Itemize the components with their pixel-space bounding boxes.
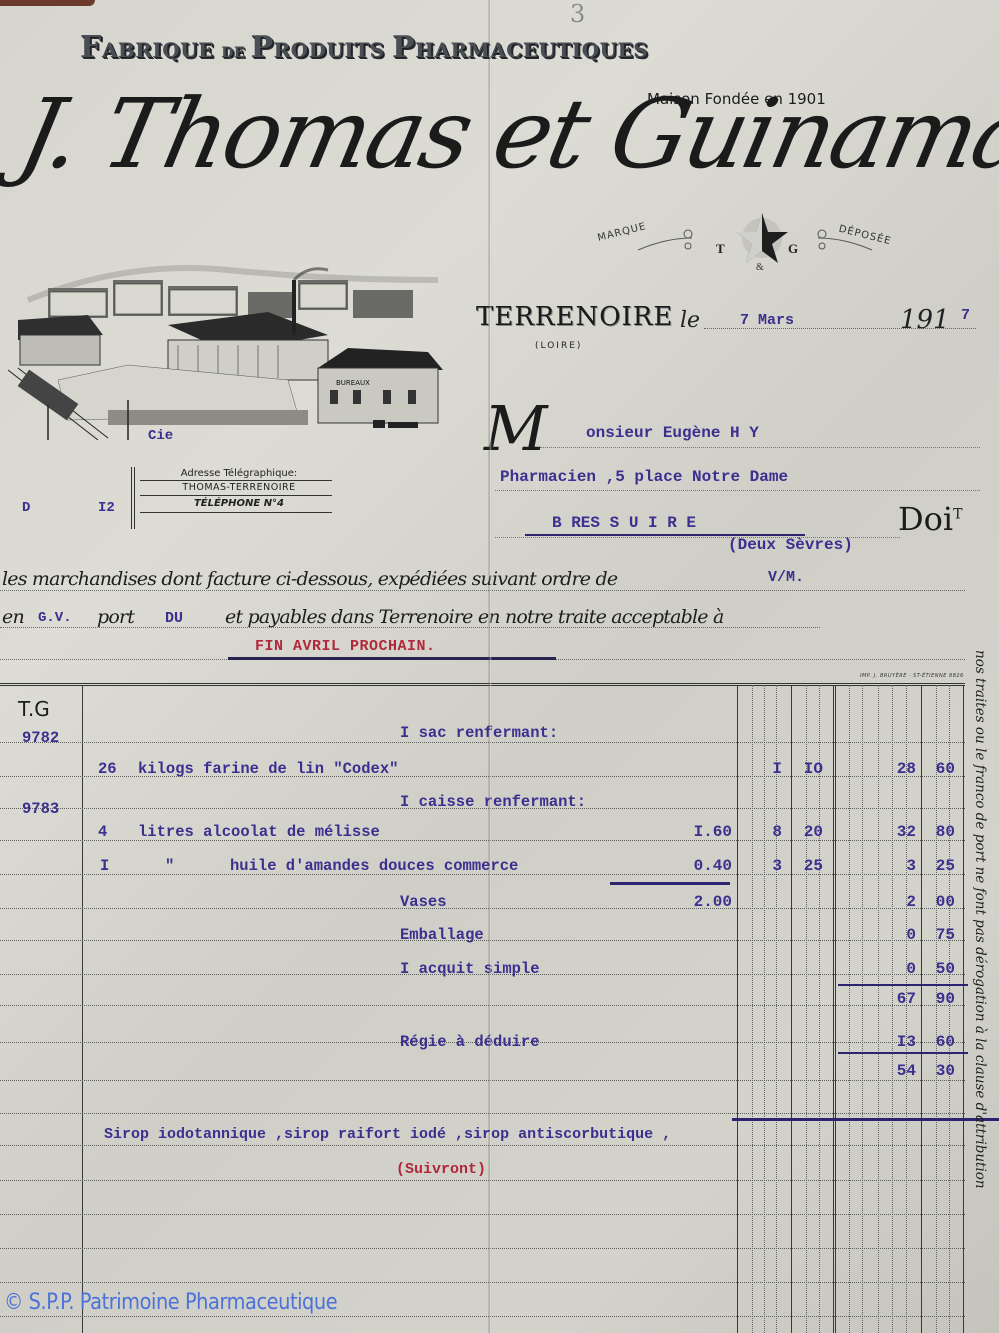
row-total-cents: 75 [923,926,955,944]
row-description: I sac renfermant: [400,724,558,742]
telephone-number: TÉLÉPHONE N°4 [154,498,324,509]
row-price-cents: 20 [793,823,823,841]
pending-status: (Suivront) [396,1161,486,1178]
row-line [0,1248,965,1249]
port-value: DU [165,610,183,627]
row-price-francs: 3 [760,857,782,875]
invoice-paper: 3 FABRIQUE DE PRODUITS PHARMACEUTIQUES M… [0,0,999,1333]
column-divider [833,685,836,1333]
ref-number: I2 [98,500,115,516]
date-prefix: le [680,308,700,333]
title-word: HARMACEUTIQUES [415,38,648,62]
title-initial: P [392,30,415,65]
terms-dotted-line [0,590,965,591]
row-total-francs: 32 [850,823,916,841]
column-guide [892,685,893,1333]
star-icon [734,210,790,266]
gross-total-cents: 90 [923,990,955,1008]
total-underline [838,984,968,986]
year-prefix: 191 [900,305,950,335]
row-quantity: 4 [98,823,107,841]
recipient-name: onsieur Eugène H Y [586,424,759,442]
address-dotted-line [495,490,980,491]
row-description: litres alcoolat de mélisse [138,823,380,841]
row-description: huile d'amandes douces commerce [230,857,518,875]
net-total-francs: 54 [850,1062,916,1080]
corner-stain [0,0,95,6]
recipient-address: Pharmacien ,5 place Notre Dame [500,468,788,486]
column-guide [862,685,863,1333]
divider [140,495,332,496]
row-line [0,1180,965,1181]
row-total-cents: 00 [923,893,955,911]
column-guide [878,685,879,1333]
row-quantity: 26 [98,760,117,778]
column-guide [764,685,765,1333]
column-guide [936,685,937,1333]
row-line [0,1282,965,1283]
title-word: RODUITS [274,38,392,62]
row-total-francs: 0 [850,926,916,944]
recipient-city: B RES S U I R E [552,514,696,532]
factory-sign-text: BUREAUX [336,379,370,387]
net-total-cents: 30 [923,1062,955,1080]
row-description: Régie à déduire [400,1033,540,1051]
row-total-cents: 25 [923,857,955,875]
column-divider [791,685,792,1333]
row-line [0,1005,965,1006]
year-digit: 7 [961,307,970,324]
row-total-francs: 0 [850,960,916,978]
gross-total-francs: 67 [850,990,916,1008]
row-ref: 9783 [22,800,59,818]
telegraph-pole-icon [131,467,135,529]
row-quantity: I [100,857,109,875]
row-total-cents: 50 [923,960,955,978]
row-unit-price: 2.00 [640,893,732,911]
column-divider [921,685,922,1333]
row-price-cents: IO [793,760,823,778]
row-line [0,1145,965,1146]
margin-legal-note: nos traites ou le franco de port ne font… [958,650,988,1190]
column-guide [776,685,777,1333]
terms-line-1: les marchandises dont facture ci-dessous… [2,568,617,590]
row-total-cents: 80 [923,823,955,841]
ditto-mark: " [165,857,174,875]
net-total-underline [838,1052,968,1054]
recipient-department: (Deux Sèvres) [728,536,853,554]
printer-credit: IMP. J. BRUYÈRE · ST-ÉTIENNE 8826 [860,673,964,679]
doit-text: Doi [898,500,953,538]
row-line [0,742,965,743]
order-reference: V/M. [768,569,804,586]
deduction-cents: 60 [923,1033,955,1051]
company-name: J. Thomas et Guinamand [10,78,999,190]
row-line [0,1316,965,1317]
column-divider [82,685,83,1333]
row-line [0,1080,965,1081]
logo-initial-g: G [788,241,798,257]
doit-superscript: T [953,506,962,522]
row-line [0,1113,965,1114]
paper-fold [488,0,492,1333]
pending-items-note: Sirop iodotannique ,sirop raifort iodé ,… [104,1126,671,1143]
deduction-francs: I3 [850,1033,916,1051]
row-unit-price: 0.40 [640,857,732,875]
column-guide [949,685,950,1333]
address-dotted-line [540,447,980,448]
telegraph-address: THOMAS-TERRENOIRE [154,482,324,493]
row-description: kilogs farine de lin "Codex" [138,760,398,778]
cie-stamp: Cie [148,428,173,444]
row-line [0,908,965,909]
column-guide [806,685,807,1333]
column-guide [819,685,820,1333]
column-guide [906,685,907,1333]
ref-column-header: T.G [18,697,50,721]
divider [140,480,332,481]
terms-line-2: et payables dans Terrenoire en notre tra… [225,606,724,628]
title-word: ABRIQUE [102,38,221,62]
title-initial: F [80,30,102,65]
column-guide [849,685,850,1333]
row-description: I acquit simple [400,960,540,978]
row-unit-price: I.60 [640,823,732,841]
pencil-mark: 3 [570,0,585,28]
logo-initial-t: T [716,241,725,257]
title-initial: P [250,30,273,65]
terms-prefix: en [2,606,24,628]
row-description: Emballage [400,926,484,944]
subtotal-underline [610,882,730,885]
column-divider [737,685,738,1333]
logo-ampersand: & [756,262,764,273]
invoice-date: 7 Mars [740,312,794,329]
column-guide [752,685,753,1333]
shipping-method: G.V. [38,610,72,626]
row-ref: 9782 [22,729,59,747]
payment-due: FIN AVRIL PROCHAIN. [255,638,436,655]
invoice-table [0,683,965,1333]
swirl-ornament-icon [636,228,696,254]
row-total-francs: 28 [850,760,916,778]
row-total-cents: 60 [923,760,955,778]
factory-illustration: BUREAUX [8,240,446,440]
due-underline [228,657,556,660]
row-total-francs: 3 [850,857,916,875]
ref-letter: D [22,500,30,516]
telegraph-label: Adresse Télégraphique: [154,468,324,479]
row-price-francs: 8 [760,823,782,841]
copyright-watermark: © S.P.P. Patrimoine Pharmaceutique [4,1290,337,1315]
row-line [0,1214,965,1215]
row-description: I caisse renfermant: [400,793,586,811]
row-price-francs: I [760,760,782,778]
port-label: port [97,606,134,628]
region-name: (LOIRE) [535,341,582,351]
divider [140,512,332,513]
city-name: TERRENOIRE [476,302,673,332]
salutation-initial: M [484,392,547,465]
title-word: DE [221,45,250,61]
row-description: Vases [400,893,447,911]
row-price-cents: 25 [793,857,823,875]
row-total-francs: 2 [850,893,916,911]
doit-label: DoiT [898,500,963,538]
letterhead-title: FABRIQUE DE PRODUITS PHARMACEUTIQUES [80,30,648,65]
